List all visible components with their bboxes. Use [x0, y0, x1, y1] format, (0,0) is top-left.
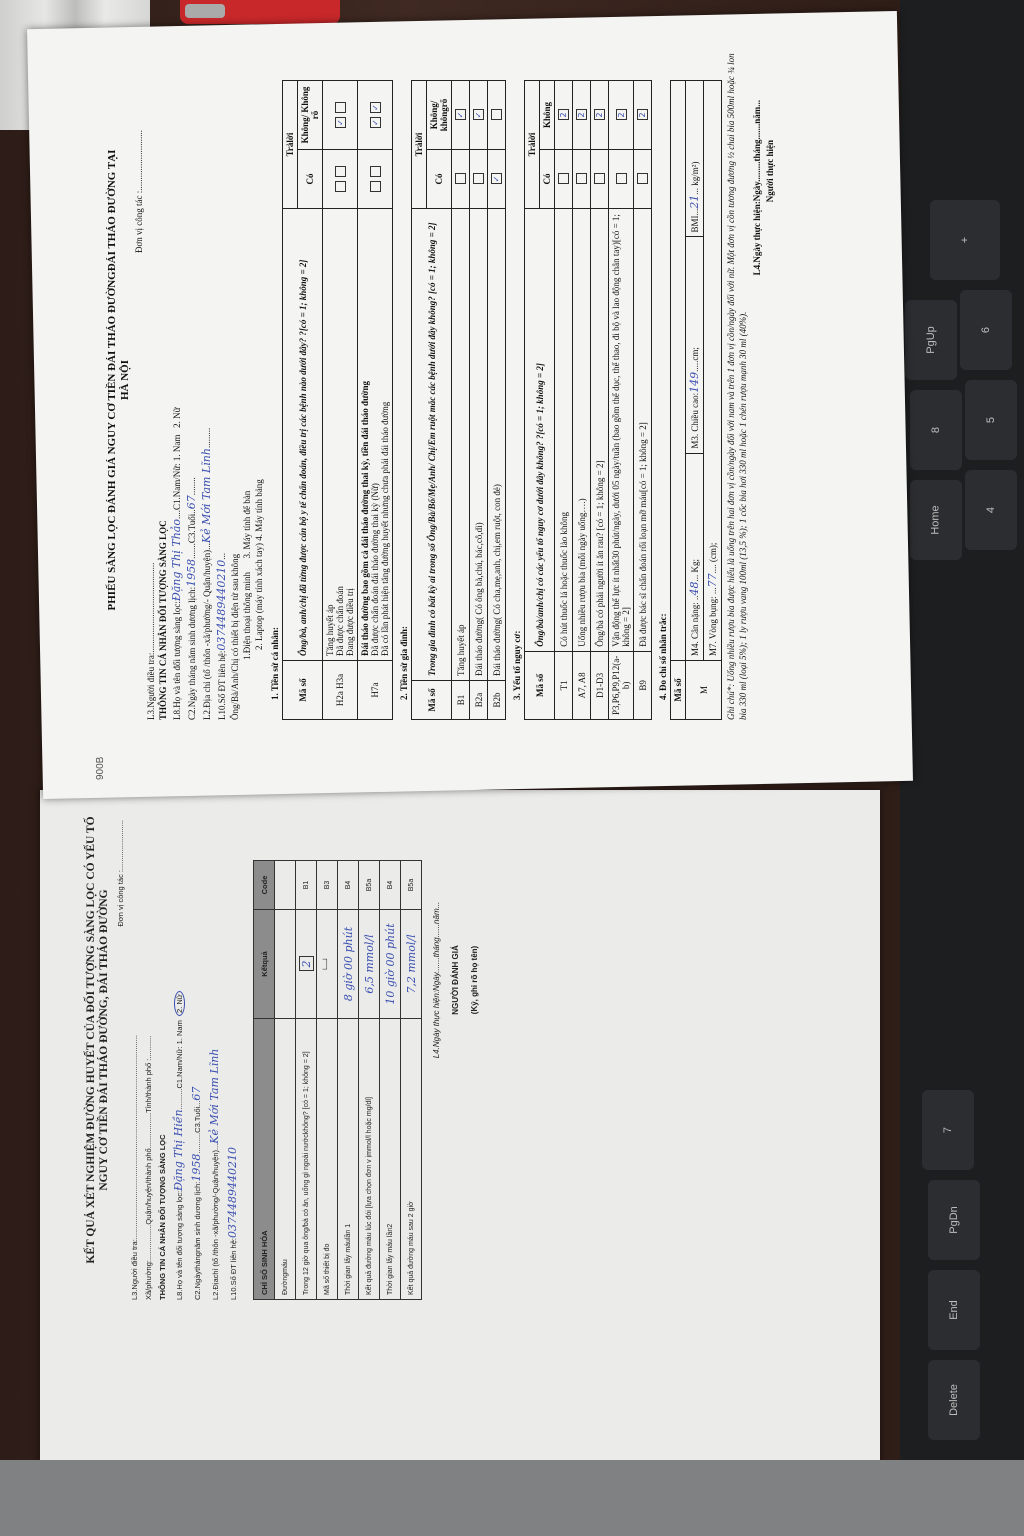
table-row: Mã số thiết bị đo└─┘B3: [317, 861, 338, 1300]
bmi-value[interactable]: 21: [688, 195, 701, 209]
key-end[interactable]: End: [928, 1270, 980, 1350]
checkbox-checked[interactable]: ✓: [370, 102, 381, 113]
performer-label: Người thực hiện: [765, 140, 775, 720]
checkbox[interactable]: [370, 166, 381, 177]
section1-title: 1. Tiền sử cá nhân:: [270, 40, 280, 700]
right-document: 900B PHIẾU SÀNG LỌC ĐÁNH GIÁ NGUY CƠ TIỀ…: [95, 40, 855, 720]
section2-title: 2. Tiền sử gia đình:: [399, 40, 409, 700]
checkbox[interactable]: ✓: [491, 174, 502, 185]
investigator-label: L3.Người điều tra:: [130, 1239, 139, 1300]
dob-value[interactable]: 1958: [190, 1154, 203, 1182]
phone-value[interactable]: 0374489440210: [226, 1147, 239, 1238]
checkbox[interactable]: [335, 166, 346, 177]
age-label: C3.Tuổi: [187, 514, 197, 543]
checkbox[interactable]: [491, 110, 502, 121]
checkbox-checked[interactable]: 2: [576, 110, 587, 121]
table-row: Thời gian lấy máulần 18 giờ 00 phútB4: [338, 861, 359, 1300]
checkbox-checked[interactable]: 2: [558, 110, 569, 121]
table-row: D1-D3Ông/bà có phải người ít ăn rau? [có…: [591, 81, 609, 720]
checkbox-checked[interactable]: 2: [616, 110, 627, 121]
bottom-surface: [0, 1460, 1024, 1536]
dob-label: C2.Ngàythángnăm sinh dương lịch:: [193, 1182, 202, 1300]
dob-value[interactable]: 1958: [185, 559, 198, 587]
key-5[interactable]: 5: [965, 380, 1017, 460]
table-row: H7a Đái tháo đường bao gồm cả đái tháo đ…: [358, 81, 393, 720]
checkbox[interactable]: ✓: [455, 110, 466, 121]
gender-female-circled[interactable]: 2. Nữ: [174, 991, 185, 1016]
dob-label: C2.Ngày tháng năm sinh dương lịch:: [187, 587, 197, 720]
checkbox-checked[interactable]: 2: [594, 110, 605, 121]
anthropometric-table: Mã số M M4. Cân nặng: ..48... Kg; M3. Ch…: [670, 80, 722, 720]
header-code: Code: [254, 861, 275, 910]
table-row: A7, A8Uống nhiều rượu bia (mỗi ngày uống…: [573, 81, 591, 720]
device-option: 1.Điện thoại thông minh: [242, 572, 252, 660]
evaluator-label: NGƯỜI ĐÁNH GIÁ: [451, 780, 460, 1180]
age-value[interactable]: 67: [190, 1087, 203, 1101]
result-value[interactable]: 10 giờ 00 phút: [380, 910, 401, 1019]
left-document: KẾT QUẢ XÉT NGHIỆM ĐƯỜNG HUYẾT CỦA ĐỐI T…: [85, 780, 565, 1300]
table-row: Kết quả đường máu lúc đói [lựa chọn đơn …: [359, 861, 380, 1300]
age-value[interactable]: 67: [185, 495, 198, 509]
table-row: Đườngmáu: [275, 861, 296, 1300]
biochem-table: CHỈ SỐ SINH HÓA Kếtquả Code Đườngmáu Tro…: [253, 860, 422, 1300]
pen-tip: [185, 4, 225, 18]
result-value[interactable]: 8 giờ 00 phút: [338, 910, 359, 1019]
key-6[interactable]: 6: [960, 290, 1012, 370]
table-row: B9Đã được bác sĩ chẩn đoán rối loạn mỡ m…: [634, 81, 652, 720]
key-4[interactable]: 4: [965, 470, 1017, 550]
device-option: 2. Laptop (máy tính xách tay): [254, 543, 264, 650]
table-row: Trong 12 giờ qua ông/bà có ăn, uống gì n…: [296, 861, 317, 1300]
risk-factors-table: Mã số Ông/bà/anh/chị có các yếu tố nguy …: [524, 80, 652, 720]
checkbox[interactable]: [335, 181, 346, 192]
checkbox[interactable]: ✓: [473, 110, 484, 121]
table-row: M7. Vòng bụng: ...77.... (cm);: [704, 81, 722, 720]
name-label: L8.Họ và tên đối tượng sàng lọc:: [172, 601, 182, 720]
device-option: 3. Máy tính để bàn: [242, 491, 252, 559]
family-history-table: Mã số Trong gia đình có bất kỳ ai trong …: [411, 80, 506, 720]
table-row: B2bĐái tháo đường( Có cha,mẹ,anh, chị,em…: [488, 81, 506, 720]
waist-value[interactable]: 77: [706, 573, 719, 587]
date-line: L4.Ngày thực hiện:Ngày.......tháng......…: [432, 780, 441, 1180]
right-title: PHIẾU SÀNG LỌC ĐÁNH GIÁ NGUY CƠ TIỀN ĐÁI…: [106, 40, 132, 720]
section4-title: 4. Đo chỉ số nhân trắc:: [658, 40, 668, 700]
address-value[interactable]: Kẻ Mới Tam Lĩnh: [200, 448, 213, 543]
header-result: Kếtquả: [254, 910, 275, 1019]
key-9-pgup[interactable]: PgUp: [905, 300, 957, 380]
age-label: C3.Tuổi: [193, 1107, 202, 1133]
phone-label: L10.Số ĐT liên hệ:: [217, 651, 227, 720]
checkbox[interactable]: [594, 174, 605, 185]
checkbox[interactable]: [455, 174, 466, 185]
result-value[interactable]: 2: [299, 957, 314, 972]
weight-value[interactable]: 48: [688, 582, 701, 596]
key-pgdn[interactable]: PgDn: [928, 1180, 980, 1260]
device-question: Ông/Bà/Anh/Chị có thiết bị điện tử sau k…: [230, 40, 240, 720]
address-value[interactable]: Kẻ Mới Tam Lĩnh: [208, 1049, 221, 1144]
table-row: P3,P6,P9,P12(a-b)Vận động thể lực ít nhấ…: [609, 81, 634, 720]
result-value[interactable]: 6,5 mmol/l: [359, 910, 380, 1019]
key-8[interactable]: 8: [910, 390, 962, 470]
key-7-home[interactable]: Home: [910, 480, 962, 560]
table-row: B1Tăng huyết áp✓: [452, 81, 470, 720]
height-value[interactable]: 149: [688, 372, 701, 393]
table-row: T1Có hút thuốc lá hoặc thuốc lào không2: [555, 81, 573, 720]
checkbox-checked[interactable]: ✓: [370, 117, 381, 128]
work-unit-label: Đơn vị công tác :: [116, 870, 125, 927]
checkbox[interactable]: [616, 174, 627, 185]
signature-hint: (Ký, ghi rõ họ tên): [470, 780, 479, 1180]
left-title: KẾT QUẢ XÉT NGHIỆM ĐƯỜNG HUYẾT CỦA ĐỐI T…: [85, 780, 111, 1300]
checkbox[interactable]: [473, 174, 484, 185]
table-row: H2a H3a Tăng huyết ápĐã được chẩn đoánĐa…: [323, 81, 358, 720]
checkbox[interactable]: [637, 174, 648, 185]
key-plus[interactable]: +: [930, 200, 1000, 280]
checkbox[interactable]: [370, 181, 381, 192]
checkbox[interactable]: [335, 102, 346, 113]
corner-mark: 900B: [95, 40, 106, 780]
name-label: L8.Họ và tên đối tượng sàng lọc:: [175, 1191, 184, 1300]
ward-label: Xã/phường:: [144, 1260, 153, 1300]
checkbox[interactable]: [558, 174, 569, 185]
checkbox[interactable]: [576, 174, 587, 185]
section3-title: 3. Yếu tố nguy cơ:: [512, 40, 522, 700]
gender-option-female: 2. Nữ: [172, 408, 182, 428]
checkbox-checked[interactable]: 2: [637, 110, 648, 121]
table-row: Thời gian lấy máu lần210 giờ 00 phútB4: [380, 861, 401, 1300]
district-label: Quận/huyện/thành phố: [144, 1148, 153, 1224]
investigator-label: L3.Người điều tra:: [146, 653, 156, 720]
key-7[interactable]: 7: [922, 1090, 974, 1170]
personal-history-table: Mã số Ông/bà, anh/chị đã từng được cán b…: [282, 80, 393, 720]
personal-info-title: THÔNG TIN CÁ NHÂN ĐỐI TƯỢNG SÀNG LỌC: [158, 780, 167, 1300]
table-row: B2aĐái tháo đường( Có ông bà,chú, bác,cô…: [470, 81, 488, 720]
gender-label: C1.Nam/Nữ: 1. Nam: [172, 435, 182, 510]
address-label: L2.Địa chỉ (tổ /thôn -xã/phường/- Quận/h…: [202, 550, 212, 720]
personal-info-title: THÔNG TIN CÁ NHÂN ĐỐI TƯỢNG SÀNG LỌC: [158, 40, 168, 720]
result-value[interactable]: 7,2 mmol/l: [401, 910, 422, 1019]
name-value[interactable]: Đặng Thị Thảo: [170, 519, 183, 601]
phone-value[interactable]: 0374489440210: [215, 560, 228, 651]
work-unit-label: Đơn vị công tác :: [134, 191, 144, 253]
date-line: L4.Ngày thực hiện:Ngày.........tháng....…: [752, 100, 762, 720]
name-value[interactable]: Đặng Thị Hiền: [172, 1109, 185, 1190]
province-label: Tỉnh/thành phố :: [144, 1059, 153, 1113]
address-label: L2.Địachỉ (tổ /thôn -xã/phường/-Quận/huy…: [211, 1150, 220, 1300]
phone-label: L10.Số ĐT liên hệ:: [229, 1238, 238, 1300]
gender-label: C1.Nam/Nữ: 1. Nam: [175, 1020, 184, 1088]
table-row: Kết quả đường máu sau 2 giờ7,2 mmol/lB5a: [401, 861, 422, 1300]
note-text: Ghi chú*: Uống nhiều rượu bia được hiểu …: [725, 40, 749, 720]
device-option: 4. Máy tính bảng: [254, 479, 264, 541]
checkbox-checked[interactable]: ✓: [335, 117, 346, 128]
table-row: M M4. Cân nặng: ..48... Kg; M3. Chiều ca…: [686, 81, 704, 720]
key-delete[interactable]: Delete: [928, 1360, 980, 1440]
header-biochem: CHỈ SỐ SINH HÓA: [254, 1019, 275, 1300]
